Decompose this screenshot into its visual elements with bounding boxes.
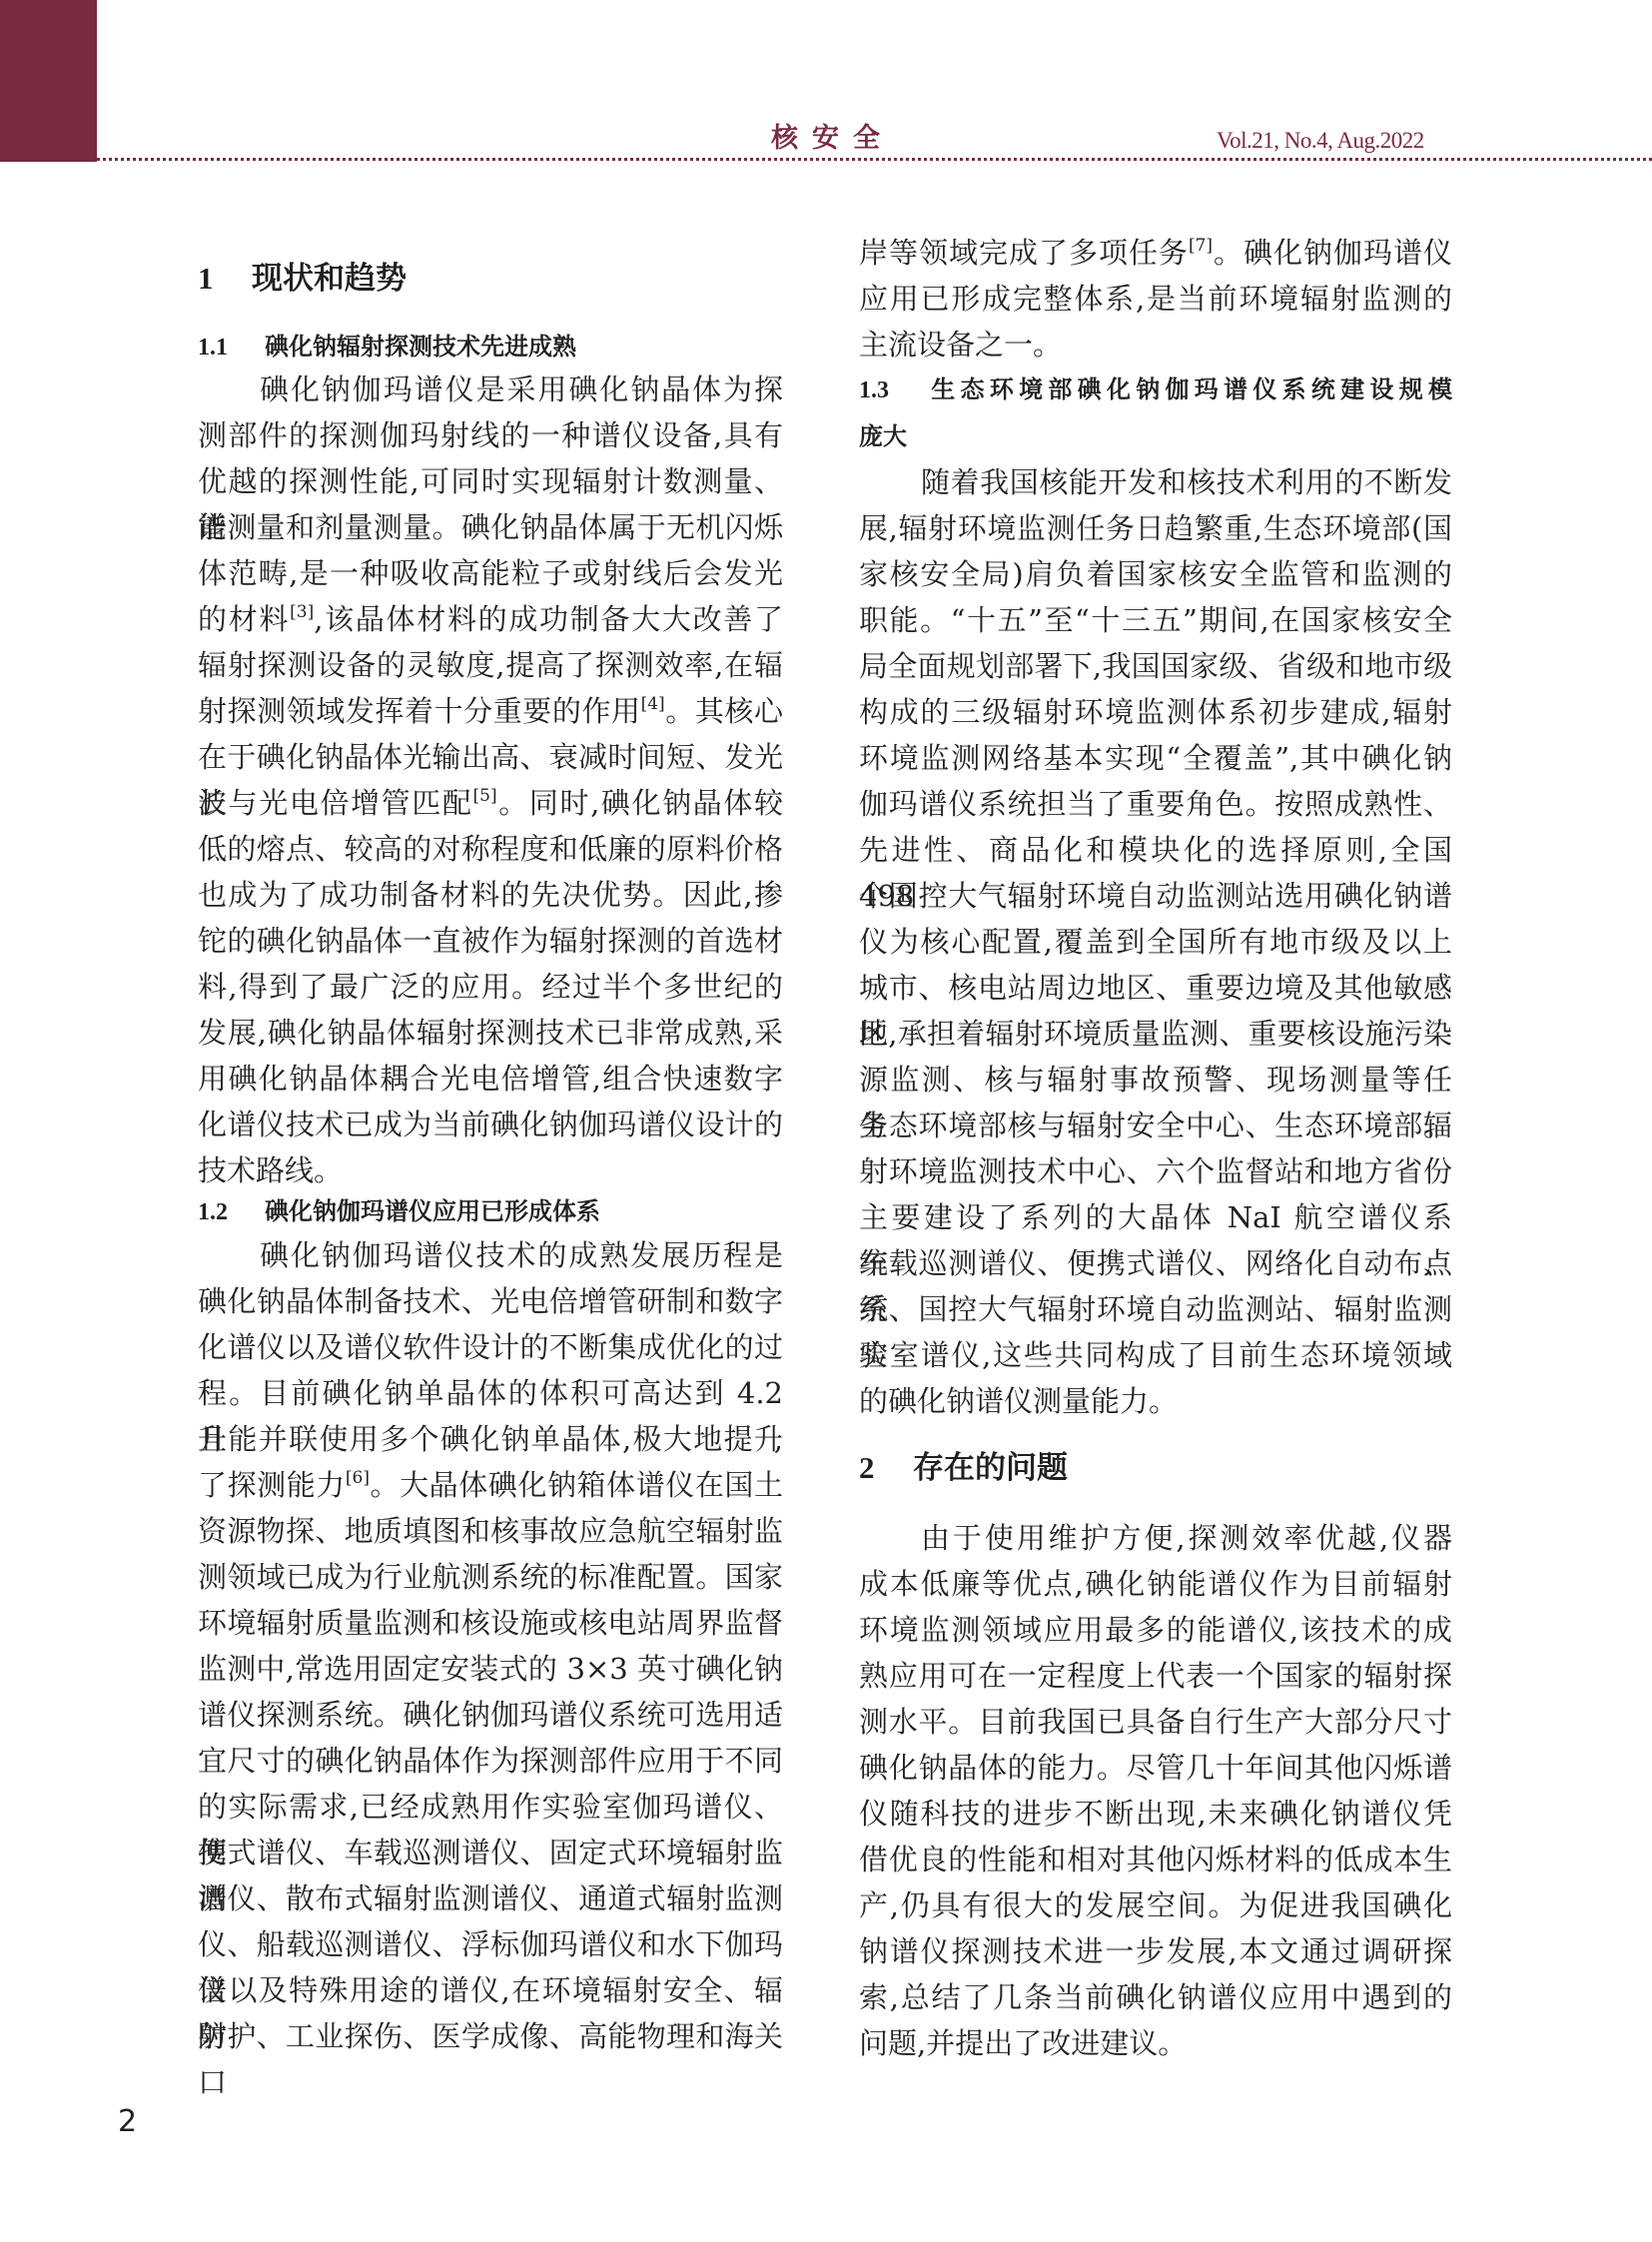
text-line: 职能。“十五”至“十三五”期间,在国家核安全 [859,597,1452,643]
text-line: 化谱仪技术已成为当前碘化钠伽玛谱仪设计的 [198,1102,783,1147]
text-line: 也成为了成功制备材料的先决优势。因此,掺 [198,872,783,918]
citation-ref[interactable]: [7] [1189,236,1213,256]
text-line: 构成的三级辐射环境监测体系初步建成,辐射 [859,689,1452,735]
text-line: 资源物探、地质填图和核事故应急航空辐射监 [198,1508,783,1554]
text-line: 验室谱仪,这些共同构成了目前生态环境领域 [859,1332,1452,1378]
text-fragment: ,该晶体材料的成功制备大大改善了 [314,602,783,636]
text-line: 仪为核心配置,覆盖到全国所有地市级及以上 [859,919,1452,965]
section-number: 2 [859,1448,913,1488]
text-fragment: 。大晶体碘化钠箱体谱仪在国土 [370,1468,783,1502]
text-line: 索,总结了几条当前碘化钠谱仪应用中遇到的 [859,1974,1452,2020]
text-line: 发展,碘化钠晶体辐射探测技术已非常成熟,采 [198,1010,783,1056]
text-line: 化谱仪以及谱仪软件设计的不断集成优化的过 [198,1324,783,1370]
citation-ref[interactable]: [5] [473,786,497,806]
text-line: 仪随科技的进步不断出现,未来碘化钠谱仪凭 [859,1791,1452,1837]
section-number: 1 [198,259,252,299]
corner-color-block [0,0,97,162]
subsection-number: 1.2 [198,1192,265,1232]
text-fragment: 。同时,碘化钠晶体较 [497,786,783,820]
subsection-number: 1.3 [859,371,926,410]
text-line: 环境辐射质量监测和核设施或核电站周界监督 [198,1600,783,1646]
text-line: 借优良的性能和相对其他闪烁材料的低成本生 [859,1837,1452,1882]
section-1-heading: 1现状和趋势 [198,259,783,299]
text-fragment: 。其核心 [665,694,783,728]
section-2-heading: 2存在的问题 [859,1448,1452,1488]
text-line: 仪以及特殊用途的谱仪,在环境辐射安全、辐射 [198,1967,783,2013]
text-line: 在于碘化钠晶体光输出高、衰减时间短、发光波 [198,734,783,780]
text-line: 辐射探测设备的灵敏度,提高了探测效率,在辐 [198,642,783,688]
text-fragment: 。碘化钠伽玛谱仪 [1213,236,1452,270]
text-line: 成本低廉等优点,碘化钠能谱仪作为目前辐射 [859,1561,1452,1607]
text-line: 局全面规划部署下,我国国家级、省级和地市级 [859,643,1452,689]
text-line: 监测中,常选用固定安装式的 3×3 英寸碘化钠 [198,1646,783,1692]
text-line: 随着我国核能开发和核技术利用的不断发 [859,459,1452,505]
text-line: 熟应用可在一定程度上代表一个国家的辐射探 [859,1653,1452,1699]
text-line: 产,仍具有很大的发展空间。为促进我国碘化 [859,1882,1452,1928]
subsection-1-1-heading: 1.1碘化钠辐射探测技术先进成熟 [198,327,783,367]
text-line: 的实际需求,已经成熟用作实验室伽玛谱仪、便 [198,1784,783,1830]
text-line: 应用已形成完整体系,是当前环境辐射监测的 [859,276,1452,322]
text-line: 防护、工业探伤、医学成像、高能物理和海关口 [198,2013,783,2059]
text-fragment: 射探测领域发挥着十分重要的作用 [198,694,641,728]
citation-ref[interactable]: [6] [346,1468,370,1488]
text-line: 碘化钠伽玛谱仪是采用碘化钠晶体为探 [198,367,783,412]
text-line: 程。目前碘化钠单晶体的体积可高达到 4.2 升, [198,1370,783,1416]
citation-ref[interactable]: [3] [290,602,314,622]
text-line: 碘化钠晶体的能力。尽管几十年间其他闪烁谱 [859,1745,1452,1791]
text-line: 展,辐射环境监测任务日趋繁重,生态环境部(国 [859,505,1452,551]
text-line: 主流设备之一。 [859,322,1452,368]
text-line: 谱测量和剂量测量。碘化钠晶体属于无机闪烁 [198,504,783,550]
text-line: 的碘化钠谱仪测量能力。 [859,1378,1452,1424]
text-line: 优越的探测性能,可同时实现辐射计数测量、能 [198,458,783,504]
subsection-title: 生态环境部碘化钠伽玛谱仪系统建设规模 [926,375,1452,403]
text-line: 体范畴,是一种吸收高能粒子或射线后会发光 [198,550,783,596]
subsection-1-3-heading-cont: 庞大 [859,416,1452,456]
section-title: 现状和趋势 [252,261,407,297]
text-line: 个国控大气辐射环境自动监测站选用碘化钠谱 [859,873,1452,919]
text-line: 技术路线。 [198,1147,783,1193]
text-line: 车载巡测谱仪、便携式谱仪、网络化自动布点系 [859,1240,1452,1286]
text-line: 统、国控大气辐射环境自动监测站、辐射监测实 [859,1286,1452,1332]
text-line: 仪、船载巡测谱仪、浮标伽玛谱仪和水下伽玛谱 [198,1921,783,1967]
page-number: 2 [118,2105,137,2139]
text-line: 由于使用维护方便,探测效率优越,仪器 [859,1515,1452,1561]
text-line: 宜尺寸的碘化钠晶体作为探测部件应用于不同 [198,1738,783,1784]
text-line: 测部件的探测伽玛射线的一种谱仪设备,具有 [198,412,783,458]
text-fragment: 了探测能力 [198,1468,346,1502]
text-line: 碘化钠晶体制备技术、光电倍增管研制和数字 [198,1278,783,1324]
text-line: 生态环境部核与辐射安全中心、生态环境部辐 [859,1103,1452,1148]
text-line: 谱仪探测系统。碘化钠伽玛谱仪系统可选用适 [198,1692,783,1738]
text-line: 源监测、核与辐射事故预警、现场测量等任务。 [859,1057,1452,1103]
text-line: 家核安全局)肩负着国家核安全监管和监测的 [859,551,1452,597]
text-line: 钠谱仪探测技术进一步发展,本文通过调研探 [859,1928,1452,1974]
text-line: 岸等领域完成了多项任务[7]。碘化钠伽玛谱仪 [859,230,1452,276]
subsection-title: 碘化钠辐射探测技术先进成熟 [265,333,576,361]
header-dotted-rule [97,158,1652,161]
text-line: 碘化钠伽玛谱仪技术的成熟发展历程是 [198,1232,783,1278]
text-line: 料,得到了最广泛的应用。经过半个多世纪的 [198,964,783,1010]
text-line: 射探测领域发挥着十分重要的作用[4]。其核心 [198,688,783,734]
subsection-number: 1.1 [198,328,265,368]
text-line: 长与光电倍增管匹配[5]。同时,碘化钠晶体较 [198,780,783,826]
text-line: 伽玛谱仪系统担当了重要角色。按照成熟性、 [859,781,1452,827]
text-line: 城市、核电站周边地区、重要边境及其他敏感地 [859,965,1452,1011]
text-line: 谱仪、散布式辐射监测谱仪、通道式辐射监测 [198,1875,783,1921]
text-line: 且能并联使用多个碘化钠单晶体,极大地提升 [198,1416,783,1462]
subsection-1-3-heading: 1.3生态环境部碘化钠伽玛谱仪系统建设规模 [859,370,1452,409]
text-line: 测水平。目前我国已具备自行生产大部分尺寸 [859,1699,1452,1745]
text-fragment: 的材料 [198,602,290,636]
subsection-1-2-heading: 1.2碘化钠伽玛谱仪应用已形成体系 [198,1191,783,1231]
text-line: 问题,并提出了改进建议。 [859,2020,1452,2066]
text-line: 先进性、商品化和模块化的选择原则,全国 498 [859,827,1452,873]
text-line: 铊的碘化钠晶体一直被作为辐射探测的首选材 [198,918,783,964]
text-fragment: 岸等领域完成了多项任务 [859,236,1189,270]
text-line: 主要建设了系列的大晶体 NaI 航空谱仪系统、 [859,1194,1452,1240]
journal-name: 核安全 [771,124,894,154]
text-line: 用碘化钠晶体耦合光电倍增管,组合快速数字 [198,1056,783,1102]
text-line: 测领域已成为行业航测系统的标准配置。国家 [198,1554,783,1600]
subsection-title: 碘化钠伽玛谱仪应用已形成体系 [265,1197,600,1225]
citation-ref[interactable]: [4] [641,694,665,714]
text-line: 了探测能力[6]。大晶体碘化钠箱体谱仪在国土 [198,1462,783,1508]
text-line: 携式谱仪、车载巡测谱仪、固定式环境辐射监测 [198,1830,783,1875]
issue-info: Vol.21, No.4, Aug.2022 [1217,128,1424,154]
text-line: 环境监测领域应用最多的能谱仪,该技术的成 [859,1607,1452,1653]
text-fragment: 长与光电倍增管匹配 [198,786,473,820]
text-line: 环境监测网络基本实现“全覆盖”,其中碘化钠 [859,735,1452,781]
text-line: 低的熔点、较高的对称程度和低廉的原料价格 [198,826,783,872]
text-line: 区,承担着辐射环境质量监测、重要核设施污染 [859,1011,1452,1057]
text-line: 的材料[3],该晶体材料的成功制备大大改善了 [198,596,783,642]
text-line: 射环境监测技术中心、六个监督站和地方省份 [859,1148,1452,1194]
section-title: 存在的问题 [913,1450,1068,1486]
